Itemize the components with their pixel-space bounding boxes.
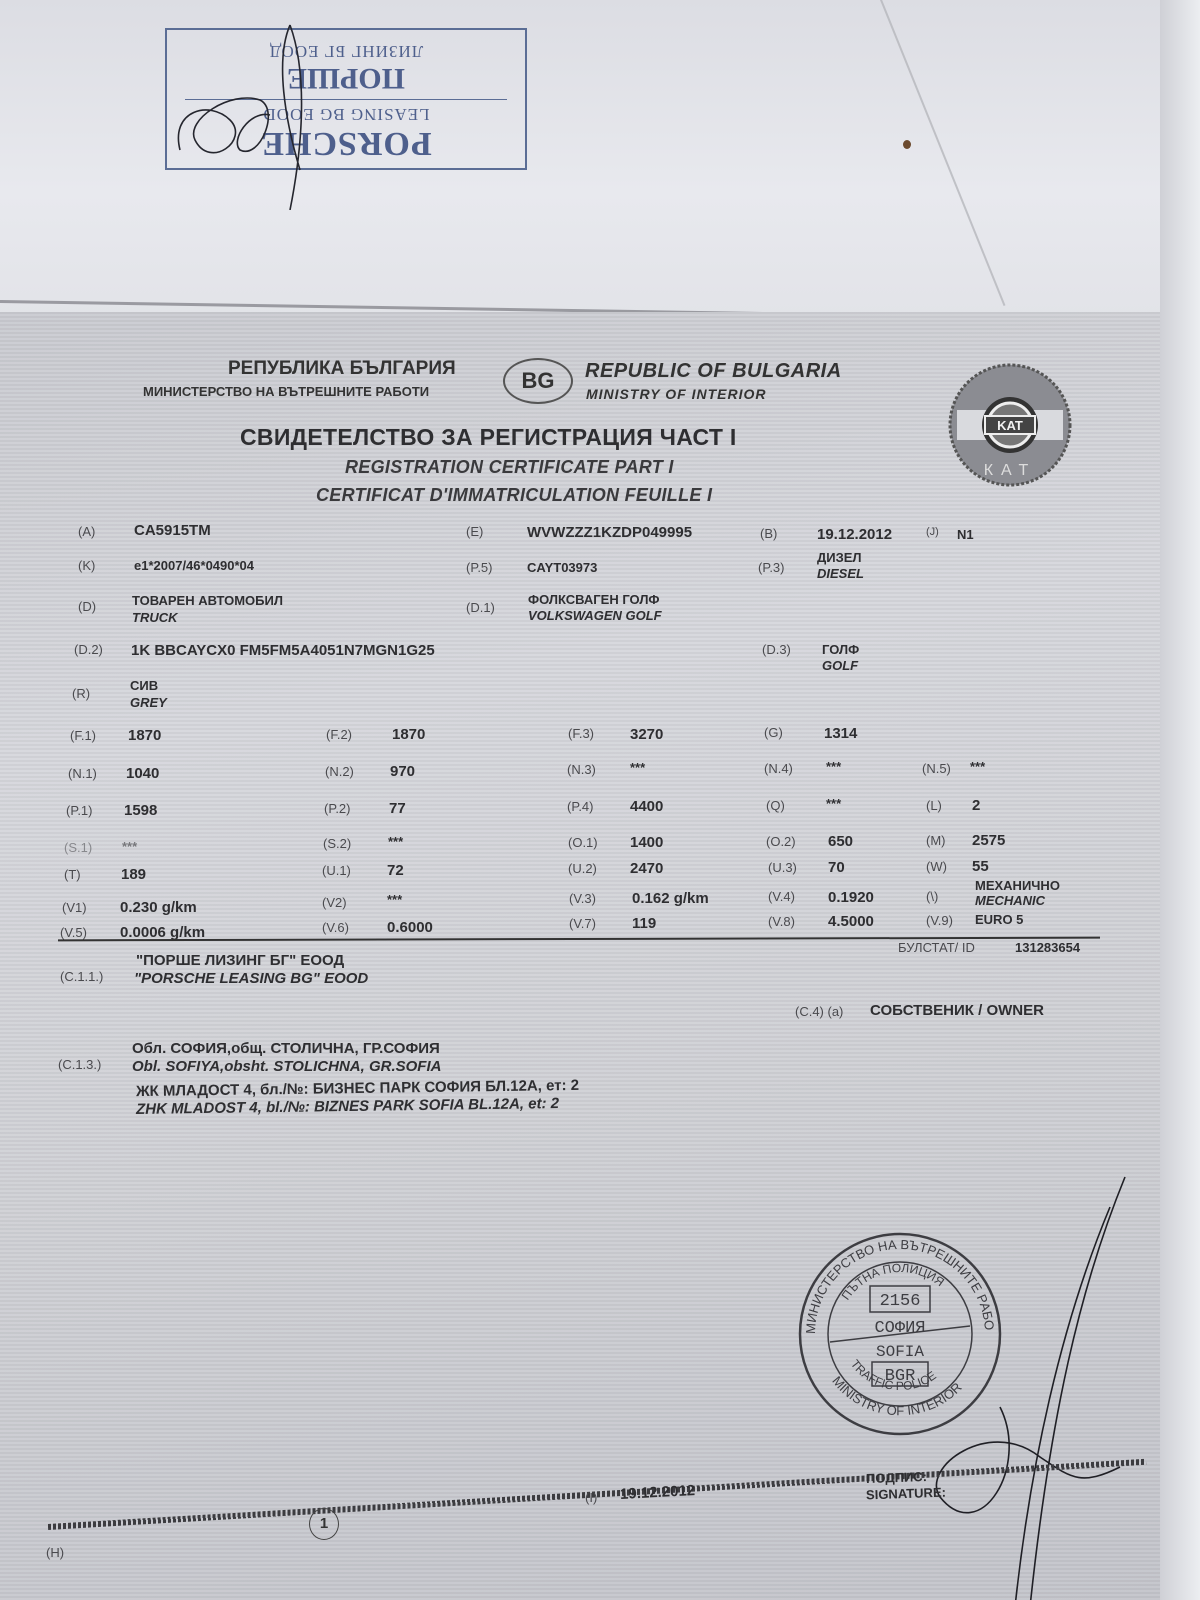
official-signature-icon [880,1167,1160,1600]
field-u3-value: 70 [828,859,845,876]
signature-label-en: SIGNATURE: [866,1485,946,1503]
field-n3-label: (N.3) [567,762,596,777]
field-d-vehicle-type-en: TRUCK [132,610,178,625]
field-n4-value: *** [826,759,841,774]
field-g-label: (G) [764,725,783,740]
field-gearbox-label: (\) [926,889,938,904]
field-p5-label: (P.5) [466,560,493,575]
field-r-colour-bg: СИВ [130,678,158,693]
field-v3-nox: 0.162 g/km [632,890,709,907]
field-k-label: (K) [78,558,95,573]
field-f2-label: (F.2) [326,727,352,742]
field-f1-value: 1870 [128,727,161,744]
field-d1-label: (D.1) [466,600,495,615]
field-u1-label: (U.1) [322,863,351,878]
bulstat-value: 131283654 [1015,940,1080,955]
field-u2-label: (U.2) [568,861,597,876]
field-m-label: (M) [926,833,946,848]
field-e-label: (E) [466,524,483,539]
field-r-colour-en: GREY [130,695,167,710]
field-d3-label: (D.3) [762,642,791,657]
field-n2-label: (N.2) [325,764,354,779]
field-p2-label: (P.2) [324,801,351,816]
field-q-value: *** [826,796,841,811]
ministry-name-bg: МИНИСТЕРСТВО НА ВЪТРЕШНИТЕ РАБОТИ [143,384,429,399]
field-c13-address-line-1: Обл. СОФИЯ,общ. СТОЛИЧНА, ГР.СОФИЯ [132,1040,440,1057]
field-v6-label: (V.6) [322,920,349,935]
field-o2-unbraked-trailer: 650 [828,833,853,850]
field-p3-label: (P.3) [758,560,785,575]
field-a-registration-number: CA5915TM [134,522,211,539]
field-v7-co2: 119 [632,915,656,932]
field-o1-braked-trailer: 1400 [630,834,663,851]
certificate-title-en: REGISTRATION CERTIFICATE PART I [345,457,674,478]
field-v2-hc: *** [387,892,402,907]
field-n5-label: (N.5) [922,761,951,776]
field-p4-label: (P.4) [567,799,594,814]
field-gearbox-en: MECHANIC [975,893,1045,908]
field-a-label: (A) [78,524,95,539]
field-t-max-speed: 189 [121,866,146,883]
field-p4-rated-speed: 4400 [630,798,663,815]
field-f3-label: (F.3) [568,726,594,741]
field-o2-label: (O.2) [766,834,796,849]
field-p1-engine-capacity: 1598 [124,802,157,819]
field-t-label: (T) [64,867,81,882]
field-v3-label: (V.3) [569,891,596,906]
field-s2-label: (S.2) [323,836,351,851]
part-number-circle: 1 [309,1508,339,1540]
field-p5-engine-number: CAYT03973 [527,560,597,575]
paper-crease [880,0,1005,306]
field-u2-value: 2470 [630,860,663,877]
field-m-wheelbase: 2575 [972,832,1005,849]
field-n3-value: *** [630,760,645,775]
field-u3-label: (U.3) [768,860,797,875]
field-r-label: (R) [72,686,90,701]
registration-certificate: РЕПУБЛИКА БЪЛГАРИЯ МИНИСТЕРСТВО НА ВЪТРЕ… [0,312,1160,1600]
field-d2-label: (D.2) [74,642,103,657]
field-i-label: (I) [585,1490,597,1505]
field-i-date: 19.12.2012 [620,1482,696,1503]
field-s1-label: (S.1) [64,840,92,855]
field-p3-fuel-en: DIESEL [817,566,864,581]
field-q-label: (Q) [766,798,785,813]
ministry-name-en: MINISTRY OF INTERIOR [586,386,767,402]
field-n4-label: (N.4) [764,761,793,776]
field-v2-label: (V2) [322,895,347,910]
field-l-axles: 2 [972,797,980,814]
country-code-oval: BG [503,358,573,404]
field-p2-engine-power: 77 [389,800,406,817]
field-w-label: (W) [926,859,947,874]
country-name-bg: РЕПУБЛИКА БЪЛГАРИЯ [228,358,456,380]
field-f1-label: (F.1) [70,728,96,743]
bulstat-label: БУЛСТАТ/ ID [898,940,975,955]
field-c4-label: (C.4) (a) [795,1004,843,1019]
certificate-title-bg: СВИДЕТЕЛСТВО ЗА РЕГИСТРАЦИЯ ЧАСТ I [240,424,737,451]
field-d-vehicle-type-bg: ТОВАРЕН АВТОМОБИЛ [132,593,283,608]
handwritten-signature-icon [170,20,370,210]
field-v4-label: (V.4) [768,889,795,904]
field-e-vin: WVWZZZ1KZDP049995 [527,524,692,541]
country-name-en: REPUBLIC OF BULGARIA [585,360,842,383]
field-k-type-approval: e1*2007/46*0490*04 [134,558,254,573]
field-d2-variant: 1K BBCAYCX0 FM5FM5A4051N7MGN1G25 [131,642,435,659]
field-gearbox-bg: МЕХАНИЧНО [975,878,1060,893]
field-p1-label: (P.1) [66,803,93,818]
signature-label-bg: ПОДПИС: [866,1469,927,1486]
field-c13-address-line-2: Obl. SOFIYA,obsht. STOLICHNA, GR.SOFIA [132,1058,441,1075]
field-v9-label: (V.9) [926,913,953,928]
field-f3-value: 3270 [630,726,663,743]
kat-emblem-icon: KAT КАТ [945,360,1075,490]
field-v8-fuel-consumption: 4.5000 [828,913,874,930]
field-w-fuel-tank: 55 [972,858,989,875]
field-l-label: (L) [926,798,942,813]
field-s2-standing: *** [388,834,403,849]
field-d-label: (D) [78,599,96,614]
field-v6-value: 0.6000 [387,919,433,936]
paper-edge [1160,0,1200,1600]
field-n5-value: *** [970,759,985,774]
field-d1-make-bg: ФОЛКСВАГЕН ГОЛФ [528,592,660,607]
field-v9-environmental-category: EURO 5 [975,912,1023,927]
field-h-label: (H) [46,1545,64,1560]
field-f2-value: 1870 [392,726,425,743]
certificate-title-fr: CERTIFICAT D'IMMATRICULATION FEUILLE I [316,485,712,506]
field-c4-owner-status: СОБСТВЕНИК / OWNER [870,1002,1044,1019]
field-c11-holder-en: "PORSCHE LEASING BG" EOOD [134,970,368,987]
field-d3-model-bg: ГОЛФ [822,642,859,657]
field-o1-label: (O.1) [568,835,598,850]
field-v1-co: 0.230 g/km [120,899,197,916]
field-u1-value: 72 [387,862,404,879]
svg-text:KAT: KAT [997,418,1023,433]
field-v1-label: (V1) [62,900,87,915]
field-c11-label: (C.1.1.) [60,969,103,984]
field-s1-seats: *** [122,839,137,854]
cover-sheet: PORSCHE LEASING BG EOOD ПОРШЕ ЛИЗИНГ БГ … [0,0,1200,320]
field-d1-make-en: VOLKSWAGEN GOLF [528,608,662,623]
field-b-label: (B) [760,526,777,541]
field-n2-value: 970 [390,763,415,780]
field-v5-label: (V.5) [60,925,87,940]
field-v4-value: 0.1920 [828,889,874,906]
field-c13-label: (C.1.3.) [58,1057,101,1072]
field-j-label: (J) [926,526,939,538]
field-p3-fuel-bg: ДИЗЕЛ [817,550,862,565]
field-c11-holder-bg: "ПОРШЕ ЛИЗИНГ БГ" ЕООД [136,952,344,969]
field-n1-label: (N.1) [68,766,97,781]
field-v7-label: (V.7) [569,916,596,931]
svg-text:КАТ: КАТ [984,462,1037,479]
ink-spot [903,140,911,149]
field-b-first-registration-date: 19.12.2012 [817,526,892,543]
field-j-category: N1 [957,527,974,542]
field-v8-label: (V.8) [768,914,795,929]
field-n1-value: 1040 [126,765,159,782]
field-d3-model-en: GOLF [822,658,858,673]
field-g-value: 1314 [824,725,857,742]
